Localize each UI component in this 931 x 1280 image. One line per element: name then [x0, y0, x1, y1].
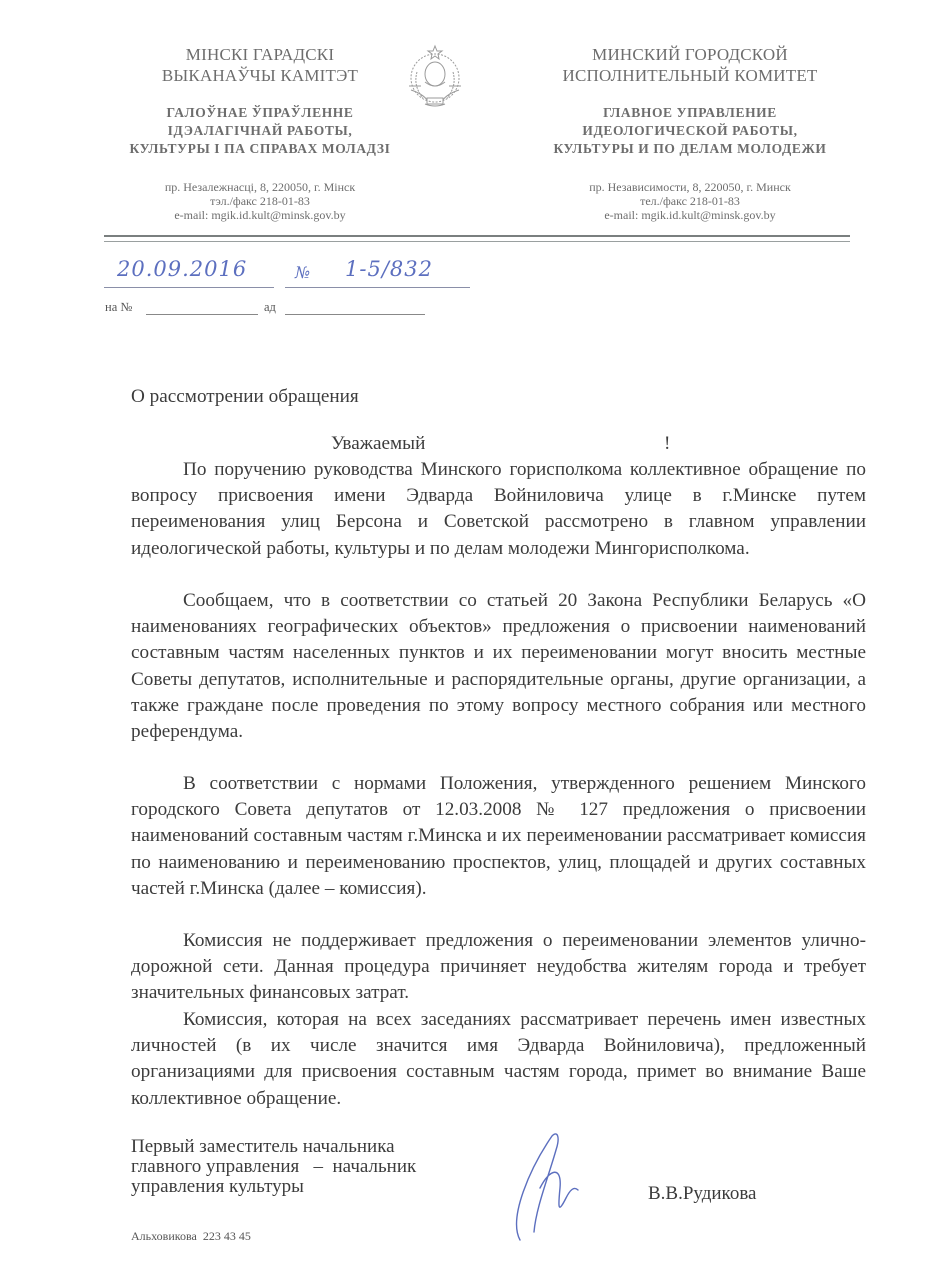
reply-to-line [146, 314, 258, 315]
handwritten-number: 1-5/832 [345, 257, 433, 281]
paragraph-5: Комиссия, которая на всех заседаниях рас… [131, 1007, 866, 1112]
contacts-ru: пр. Независимости, 8, 220050, г. Минск т… [520, 180, 860, 222]
signatory-name: В.В.Рудикова [648, 1184, 756, 1204]
position-line: управления культуры [131, 1177, 416, 1197]
reply-to-label: на № [105, 300, 132, 315]
dept-line: КУЛЬТУРЫ И ПО ДЕЛАМ МОЛОДЕЖИ [520, 140, 860, 158]
handwritten-date: 20.09.2016 [117, 257, 247, 281]
dept-line: ГЛАВНОЕ УПРАВЛЕНИЕ [520, 104, 860, 122]
org-line: МІНСКІ ГАРАДСКІ [100, 44, 420, 65]
email: e-mail: mgik.id.kult@minsk.gov.by [100, 208, 420, 222]
header-divider-thin [104, 241, 850, 242]
date-underline [104, 287, 274, 288]
phone: тэл./факс 218-01-83 [100, 194, 420, 208]
dept-line: ІДЭАЛАГІЧНАЙ РАБОТЫ, [100, 122, 420, 140]
contacts-by: пр. Незалежнасці, 8, 220050, г. Мінск тэ… [100, 180, 420, 222]
paragraph-2: Сообщаем, что в соответствии со статьей … [131, 588, 866, 745]
org-line: ИСПОЛНИТЕЛЬНЫЙ КОМИТЕТ [520, 65, 860, 86]
reply-from-line [285, 314, 425, 315]
address: пр. Независимости, 8, 220050, г. Минск [520, 180, 860, 194]
handwritten-number-prefix: № [295, 263, 311, 282]
position-line: главного управления – начальник [131, 1157, 416, 1177]
paragraph-1: По поручению руководства Минского горисп… [131, 457, 866, 562]
number-underline [285, 287, 470, 288]
org-name-ru: МИНСКИЙ ГОРОДСКОЙ ИСПОЛНИТЕЛЬНЫЙ КОМИТЕТ [520, 44, 860, 86]
dept-line: КУЛЬТУРЫ І ПА СПРАВАХ МОЛАДЗІ [100, 140, 420, 158]
paragraph-3: В соответствии с нормами Положения, утве… [131, 771, 866, 902]
letter-subject: О рассмотрении обращения [131, 384, 359, 410]
org-line: МИНСКИЙ ГОРОДСКОЙ [520, 44, 860, 65]
dept-name-ru: ГЛАВНОЕ УПРАВЛЕНИЕ ИДЕОЛОГИЧЕСКОЙ РАБОТЫ… [520, 104, 860, 158]
email: e-mail: mgik.id.kult@minsk.gov.by [520, 208, 860, 222]
salutation-exclamation: ! [664, 431, 670, 457]
header-divider-thick [104, 235, 850, 237]
reply-from-label: ад [264, 300, 276, 315]
org-line: ВЫКАНАЎЧЫ КАМІТЭТ [100, 65, 420, 86]
dept-line: ИДЕОЛОГИЧЕСКОЙ РАБОТЫ, [520, 122, 860, 140]
position-line: Первый заместитель начальника [131, 1137, 416, 1157]
signatory-position: Первый заместитель начальника главного у… [131, 1137, 416, 1197]
coat-of-arms-icon [403, 42, 467, 114]
handwritten-signature-icon [500, 1128, 610, 1248]
phone: тел./факс 218-01-83 [520, 194, 860, 208]
address: пр. Незалежнасці, 8, 220050, г. Мінск [100, 180, 420, 194]
executor-contact: Альховикова 223 43 45 [131, 1229, 251, 1244]
paragraph-4: Комиссия не поддерживает предложения о п… [131, 928, 866, 1007]
header-right-block: МИНСКИЙ ГОРОДСКОЙ ИСПОЛНИТЕЛЬНЫЙ КОМИТЕТ… [520, 44, 860, 222]
header-left-block: МІНСКІ ГАРАДСКІ ВЫКАНАЎЧЫ КАМІТЭТ ГАЛОЎН… [100, 44, 420, 222]
org-name-by: МІНСКІ ГАРАДСКІ ВЫКАНАЎЧЫ КАМІТЭТ [100, 44, 420, 86]
dept-name-by: ГАЛОЎНАЕ ЎПРАЎЛЕННЕ ІДЭАЛАГІЧНАЙ РАБОТЫ,… [100, 104, 420, 158]
salutation: Уважаемый [331, 431, 425, 457]
dept-line: ГАЛОЎНАЕ ЎПРАЎЛЕННЕ [100, 104, 420, 122]
